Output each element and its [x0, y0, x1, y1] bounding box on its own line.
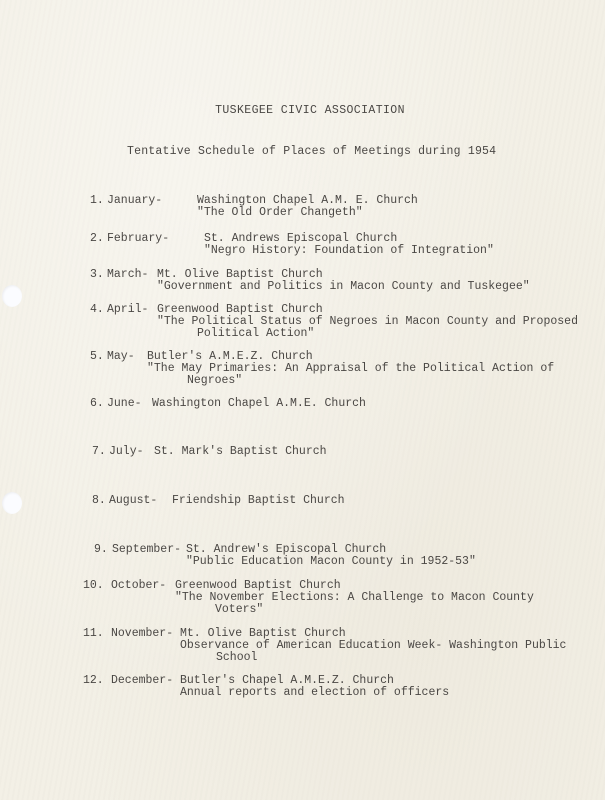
entry-number: 6. [90, 397, 104, 410]
entry-topic: "Public Education Macon County in 1952-5… [186, 555, 476, 568]
entry-month: May- [107, 350, 135, 363]
entry-number: 1. [90, 194, 104, 207]
entry-number: 4. [90, 303, 104, 316]
entry-number: 7. [92, 445, 106, 458]
entry-topic: "Negro History: Foundation of Integratio… [204, 244, 494, 257]
entry-topic-line-2: Voters" [215, 603, 263, 616]
entry-topic: "Government and Politics in Macon County… [157, 280, 530, 293]
entry-month: March- [107, 268, 148, 281]
entry-number: 5. [90, 350, 104, 363]
document-page: TUSKEGEE CIVIC ASSOCIATION Tentative Sch… [0, 0, 605, 800]
entry-month: December- [111, 674, 173, 687]
entry-month: October- [111, 579, 166, 592]
entry-topic-line-2: School [216, 651, 257, 664]
entry-number: 3. [90, 268, 104, 281]
entry-number: 10. [83, 579, 104, 592]
schedule-entry-december: 12. December- Butler's Chapel A.M.E.Z. C… [83, 674, 111, 752]
entry-month: January- [107, 194, 162, 207]
document-title: TUSKEGEE CIVIC ASSOCIATION [0, 104, 605, 117]
entry-number: 8. [92, 494, 106, 507]
entry-topic: "The Old Order Changeth" [197, 206, 363, 219]
entry-place: Washington Chapel A.M.E. Church [152, 397, 366, 410]
entry-topic-line-2: Negroes" [187, 374, 242, 387]
punch-hole-top [2, 285, 22, 307]
entry-number: 12. [83, 674, 104, 687]
document-subtitle: Tentative Schedule of Places of Meetings… [127, 145, 496, 158]
entry-month: April- [107, 303, 148, 316]
entry-month: September- [112, 543, 181, 556]
entry-month: July- [109, 445, 144, 458]
entry-month: August- [109, 494, 157, 507]
entry-month: November- [111, 627, 173, 640]
punch-hole-bottom [2, 492, 22, 514]
entry-number: 11. [83, 627, 104, 640]
entry-place: St. Mark's Baptist Church [154, 445, 327, 458]
entry-place: Friendship Baptist Church [172, 494, 345, 507]
entry-topic: Annual reports and election of officers [180, 686, 449, 699]
entry-month: February- [107, 232, 169, 245]
entry-number: 2. [90, 232, 104, 245]
entry-month: June- [107, 397, 142, 410]
entry-topic-line-2: Political Action" [197, 327, 314, 340]
entry-number: 9. [94, 543, 108, 556]
